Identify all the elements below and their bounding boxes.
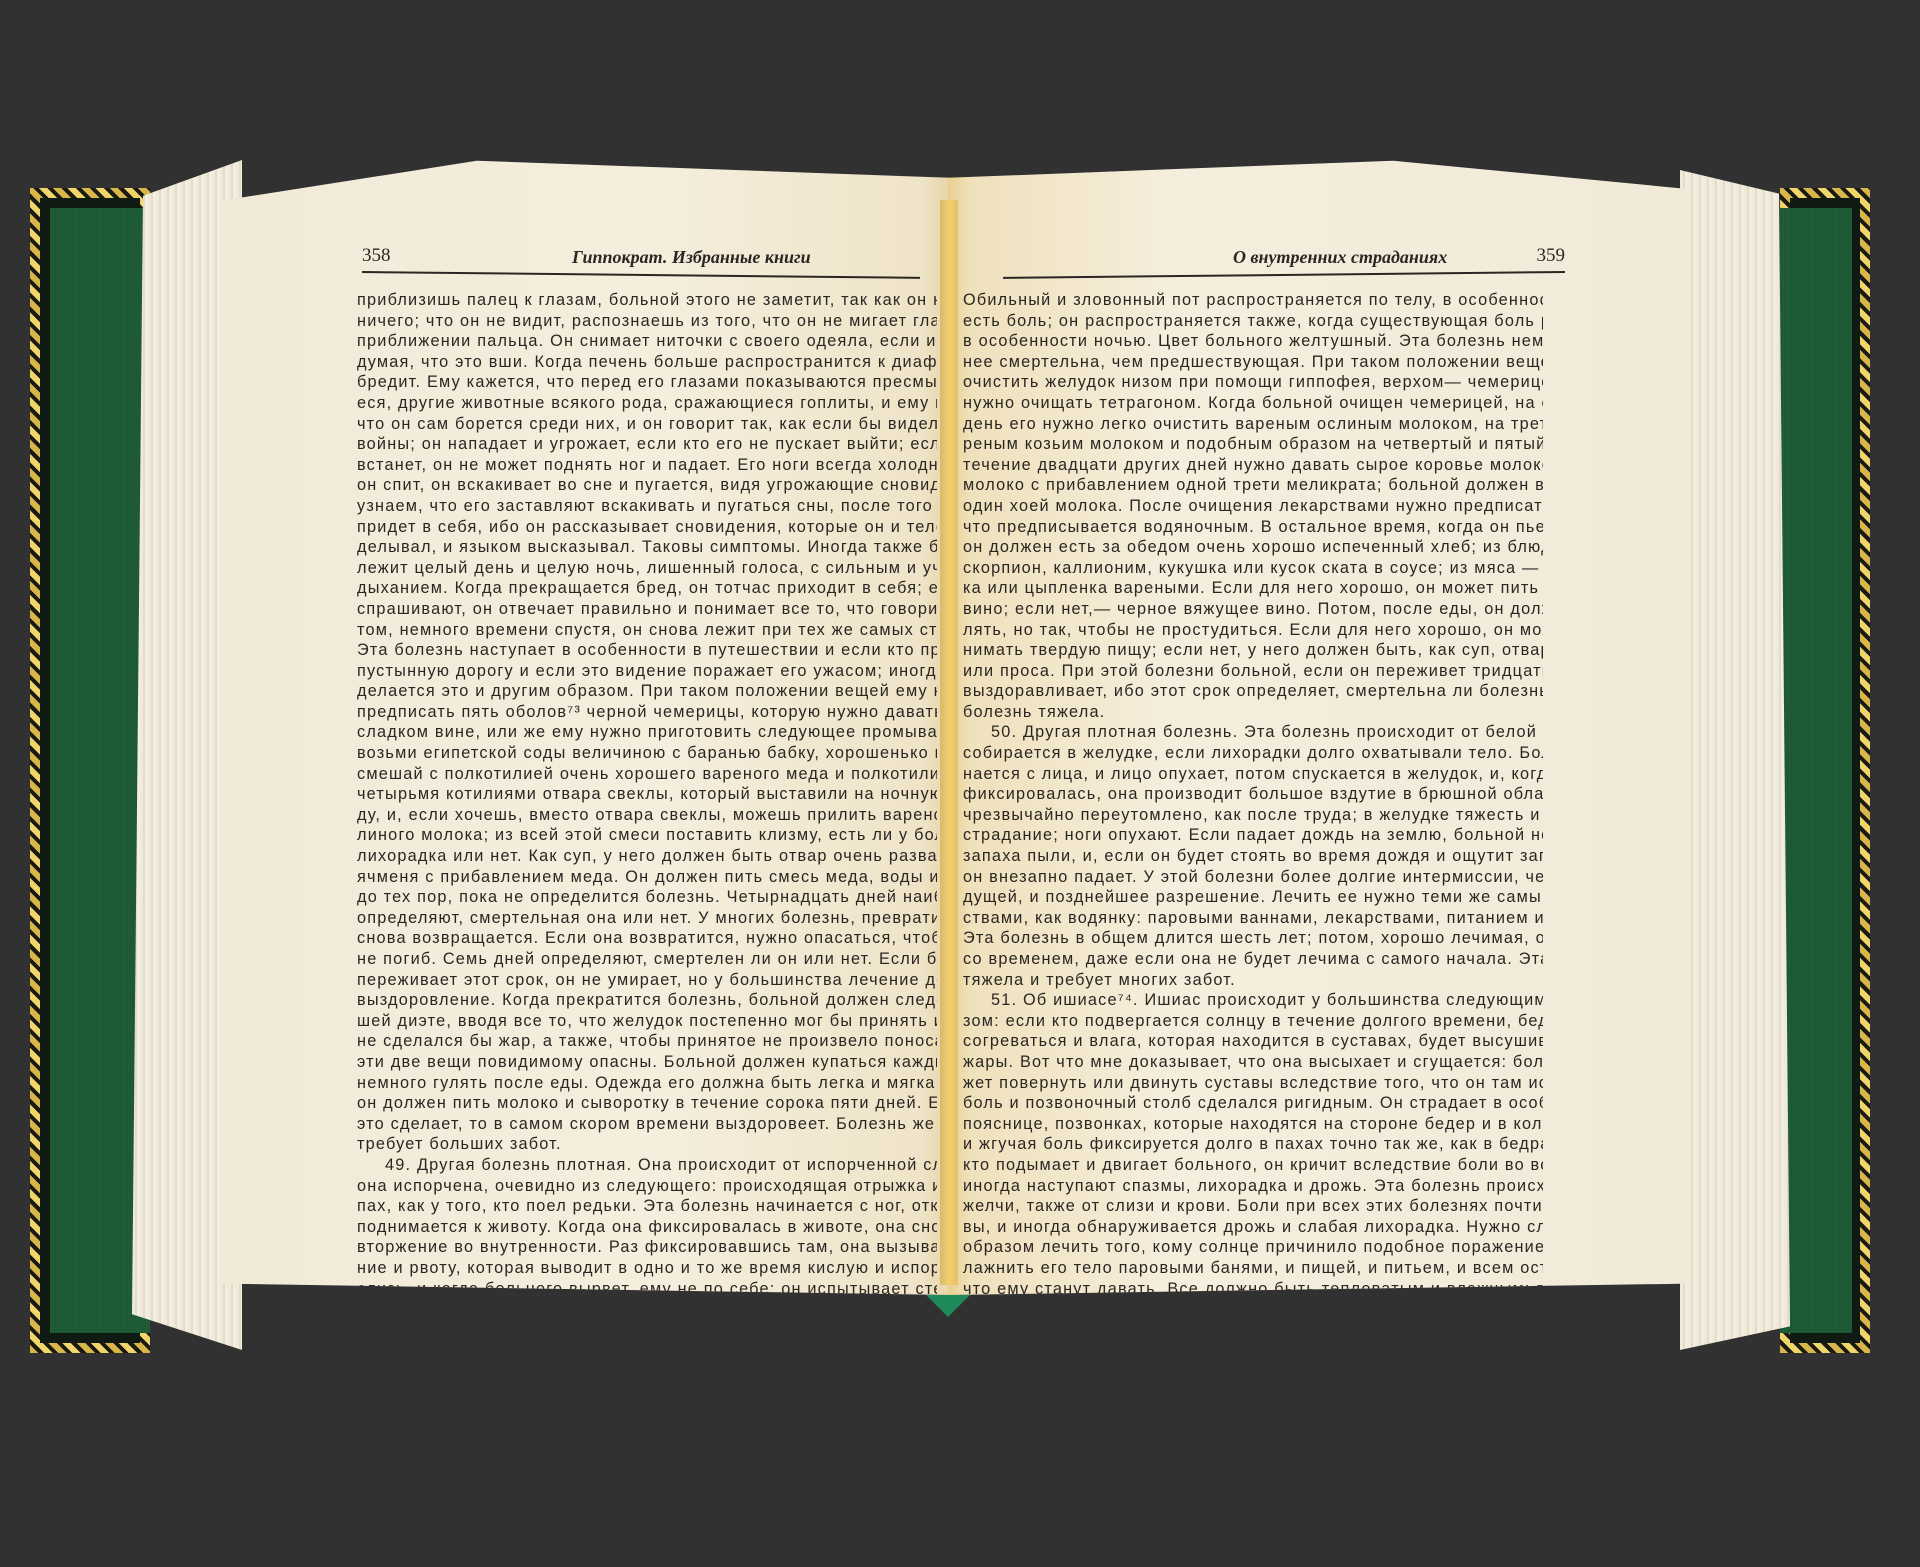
text-line: требует больших забот. — [357, 1134, 937, 1155]
page-number-right: 359 — [1537, 245, 1566, 267]
text-line: снова возвращается. Если она возвратится… — [357, 928, 937, 949]
text-line: не погиб. Семь дней определяют, смертеле… — [357, 949, 937, 970]
text-line: есть боль; он распространяется также, ко… — [963, 311, 1543, 332]
text-line: он должен есть за обедом очень хорошо ис… — [963, 537, 1543, 558]
text-line: вино; если нет,— черное вяжущее вино. По… — [963, 599, 1543, 620]
text-line: он спит, он вскакивает во сне и пугается… — [357, 475, 937, 496]
text-line: она испорчена, очевидно из следующего: п… — [357, 1176, 937, 1197]
running-head-title-left: Гиппократ. Избранные книги — [572, 247, 811, 268]
text-line: нается с лица, и лицо опухает, потом спу… — [963, 764, 1543, 785]
text-line: это сделает, то в самом скором времени в… — [357, 1114, 937, 1135]
text-line: собирается в желудке, если лихорадки дол… — [963, 743, 1543, 764]
text-line: думая, что это вши. Когда печень больше … — [357, 352, 937, 373]
text-line: один хоей молока. После очищения лекарст… — [963, 496, 1543, 517]
book-cover-left — [30, 188, 150, 1353]
text-line: день его нужно легко очистить вареным ос… — [963, 414, 1543, 435]
text-line: бредит. Ему кажется, что перед его глаза… — [357, 372, 937, 393]
text-line: ка или цыпленка вареными. Если для него … — [963, 578, 1543, 599]
text-line: приблизишь палец к глазам, больной этого… — [357, 290, 937, 311]
text-line: нее смертельна, чем предшествующая. При … — [963, 352, 1543, 373]
green-cloth-right — [1780, 208, 1852, 1333]
text-line: со временем, даже если она не будет лечи… — [963, 949, 1543, 970]
text-line: очистить желудок низом при помощи гиппоф… — [963, 372, 1543, 393]
text-line: Обильный и зловонный пот распространяетс… — [963, 290, 1543, 311]
text-line: переживает этот срок, он не умирает, но … — [357, 970, 937, 991]
text-line: делается это и другим образом. При таком… — [357, 681, 937, 702]
text-line: пах, как у того, кто поел редьки. Эта бо… — [357, 1196, 937, 1217]
text-line: возьми египетской соды величиною с баран… — [357, 743, 937, 764]
text-line: должен пить белое вино, разбавленное вод… — [963, 1320, 1543, 1341]
body-text-right: Обильный и зловонный пот распространяетс… — [963, 290, 1543, 1340]
text-line: ничего; что он не видит, распознаешь из … — [357, 311, 937, 332]
text-line: линого молока; из всей этой смеси постав… — [357, 825, 937, 846]
text-line: выздоравливает, ибо этот срок определяет… — [963, 681, 1543, 702]
text-line: пустынную дорогу и если это видение пора… — [357, 661, 937, 682]
text-line: 50. Другая плотная болезнь. Эта болезнь … — [963, 722, 1543, 743]
text-line: тяжела и требует многих забот. — [963, 970, 1543, 991]
text-line: определяют, смертельная она или нет. У м… — [357, 908, 937, 929]
text-line: дыханием. Когда прекращается бред, он то… — [357, 578, 937, 599]
ribbon-bookmark — [926, 1295, 970, 1317]
text-line: лять, но так, чтобы не простудиться. Есл… — [963, 620, 1543, 641]
text-line: смешай с полкотилией очень хорошего варе… — [357, 764, 937, 785]
text-line: иногда наступают спазмы, лихорадка и дро… — [963, 1176, 1543, 1197]
text-line: жары. Вот что мне доказывает, что она вы… — [963, 1052, 1543, 1073]
text-line: что ему станут давать. Все должно быть т… — [963, 1279, 1543, 1300]
text-line: ячменя с прибавлением меда. Он должен пи… — [357, 867, 937, 888]
head-rule-left — [362, 271, 920, 279]
text-line: чрезвычайно переутомлено, как после труд… — [963, 805, 1543, 826]
text-line: шей диэте, вводя все то, что желудок пос… — [357, 1011, 937, 1032]
text-line: пояснице, позвонках, которые находятся н… — [963, 1114, 1543, 1135]
text-line: 49. Другая болезнь плотная. Она происход… — [357, 1155, 937, 1176]
text-line: сладком вине, или же ему нужно приготови… — [357, 722, 937, 743]
text-line: придет в себя, ибо он рассказывает снови… — [357, 517, 937, 538]
text-line: или проса. При этой болезни больной, есл… — [963, 661, 1543, 682]
text-line: он должен пить молоко и сыворотку в тече… — [357, 1093, 937, 1114]
text-line: реным козьим молоком и подобным образом … — [963, 434, 1543, 455]
text-line: эти две вещи повидимому опасны. Больной … — [357, 1052, 937, 1073]
page-number-left: 358 — [362, 245, 391, 267]
text-line: выздоровление. Когда прекратится болезнь… — [357, 990, 937, 1011]
right-page: О внутренних страданиях 359 Обильный и з… — [948, 155, 1690, 1295]
text-line: образом лечить того, кому солнце причини… — [963, 1237, 1543, 1258]
text-line: согреваться и влага, которая находится в… — [963, 1031, 1543, 1052]
text-line: до тех пор, пока не определится болезнь.… — [357, 887, 937, 908]
text-line: том, немного времени спустя, он снова ле… — [357, 620, 937, 641]
head-rule-right — [1003, 271, 1565, 279]
text-line: молоко с прибавлением одной трети меликр… — [963, 475, 1543, 496]
page-edges-right — [1680, 170, 1790, 1350]
text-line: ние и рвоту, которая выводит в одно и то… — [357, 1258, 937, 1279]
text-line: в особенности ночью. Цвет больного желту… — [963, 331, 1543, 352]
text-line: лихорадка или нет. Как суп, у него долже… — [357, 846, 937, 867]
text-line: нужно очищать тетрагоном. Когда больной … — [963, 393, 1543, 414]
text-line: лежит целый день и целую ночь, лишенный … — [357, 558, 937, 579]
text-line: быть вареным; из пищи у него должна быть… — [963, 1299, 1543, 1320]
text-line: он внезапно падает. У этой болезни более… — [963, 867, 1543, 888]
text-line: ду, и, если хочешь, вместо отвара свеклы… — [357, 805, 937, 826]
running-head-title-right: О внутренних страданиях — [1233, 247, 1447, 268]
text-line: Эта болезнь наступает в особенности в пу… — [357, 640, 937, 661]
book-gutter — [940, 200, 958, 1285]
text-line: встанет, он не может поднять ног и падае… — [357, 455, 937, 476]
text-line: желчи, также от слизи и крови. Боли при … — [963, 1196, 1543, 1217]
text-line: слизь, и когда больного вырвет, ему не п… — [357, 1279, 937, 1300]
text-line: и жгучая боль фиксируется долго в пахах … — [963, 1134, 1543, 1155]
text-line: скорпион, каллионим, кукушка или кусок с… — [963, 558, 1543, 579]
text-line: не сделался бы жар, а также, чтобы приня… — [357, 1031, 937, 1052]
text-line: фиксировалась, она производит большое вз… — [963, 784, 1543, 805]
text-line: течение двадцати других дней нужно дават… — [963, 455, 1543, 476]
body-text-left: приблизишь палец к глазам, больной этого… — [357, 290, 937, 1340]
text-line: делывал, и языком высказывал. Таковы сим… — [357, 537, 937, 558]
text-line: страдание; ноги опухают. Если падает дож… — [963, 825, 1543, 846]
text-line: вы, и иногда обнаруживается дрожь и слаб… — [963, 1217, 1543, 1238]
text-line: немного гулять после еды. Одежда его дол… — [357, 1073, 937, 1094]
text-line: еся, другие животные всякого рода, сража… — [357, 393, 937, 414]
book-cover-right — [1780, 188, 1870, 1353]
text-line: что предписывается водяночным. В остальн… — [963, 517, 1543, 538]
text-line: предписать пять оболов⁷³ черной чемерицы… — [357, 702, 937, 723]
text-line: ной не может ни хорошо слышать, ни хорош… — [357, 1320, 937, 1341]
text-line: во внутренностях, а также иногда острая … — [357, 1299, 937, 1320]
text-line: вторжение во внутренности. Раз фиксирова… — [357, 1237, 937, 1258]
text-line: зом: если кто подвергается солнцу в тече… — [963, 1011, 1543, 1032]
text-line: войны; он нападает и угрожает, если кто … — [357, 434, 937, 455]
text-line: запаха пыли, и, если он будет стоять во … — [963, 846, 1543, 867]
text-line: болезнь тяжела. — [963, 702, 1543, 723]
text-line: спрашивают, он отвечает правильно и пони… — [357, 599, 937, 620]
text-line: четырьмя котилиями отвара свеклы, которы… — [357, 784, 937, 805]
text-line: приближении пальца. Он снимает ниточки с… — [357, 331, 937, 352]
text-line: ствами, как водянку: паровыми ваннами, л… — [963, 908, 1543, 929]
text-line: лажнить его тело паровыми банями, и пище… — [963, 1258, 1543, 1279]
text-line: что он сам борется среди них, и он говор… — [357, 414, 937, 435]
text-line: узнаем, что его заставляют вскакивать и … — [357, 496, 937, 517]
left-page: 358 Гиппократ. Избранные книги приблизиш… — [222, 155, 950, 1295]
text-line: 51. Об ишиасе⁷⁴. Ишиас происходит у боль… — [963, 990, 1543, 1011]
text-line: жет повернуть или двинуть суставы вследс… — [963, 1073, 1543, 1094]
text-line: дущей, и позднейшее разрешение. Лечить е… — [963, 887, 1543, 908]
text-line: поднимается к животу. Когда она фиксиров… — [357, 1217, 937, 1238]
text-line: кто подымает и двигает больного, он крич… — [963, 1155, 1543, 1176]
text-line: боль и позвоночный столб сделался ригидн… — [963, 1093, 1543, 1114]
text-line: нимать твердую пищу; если нет, у него до… — [963, 640, 1543, 661]
text-line: Эта болезнь в общем длится шесть лет; по… — [963, 928, 1543, 949]
